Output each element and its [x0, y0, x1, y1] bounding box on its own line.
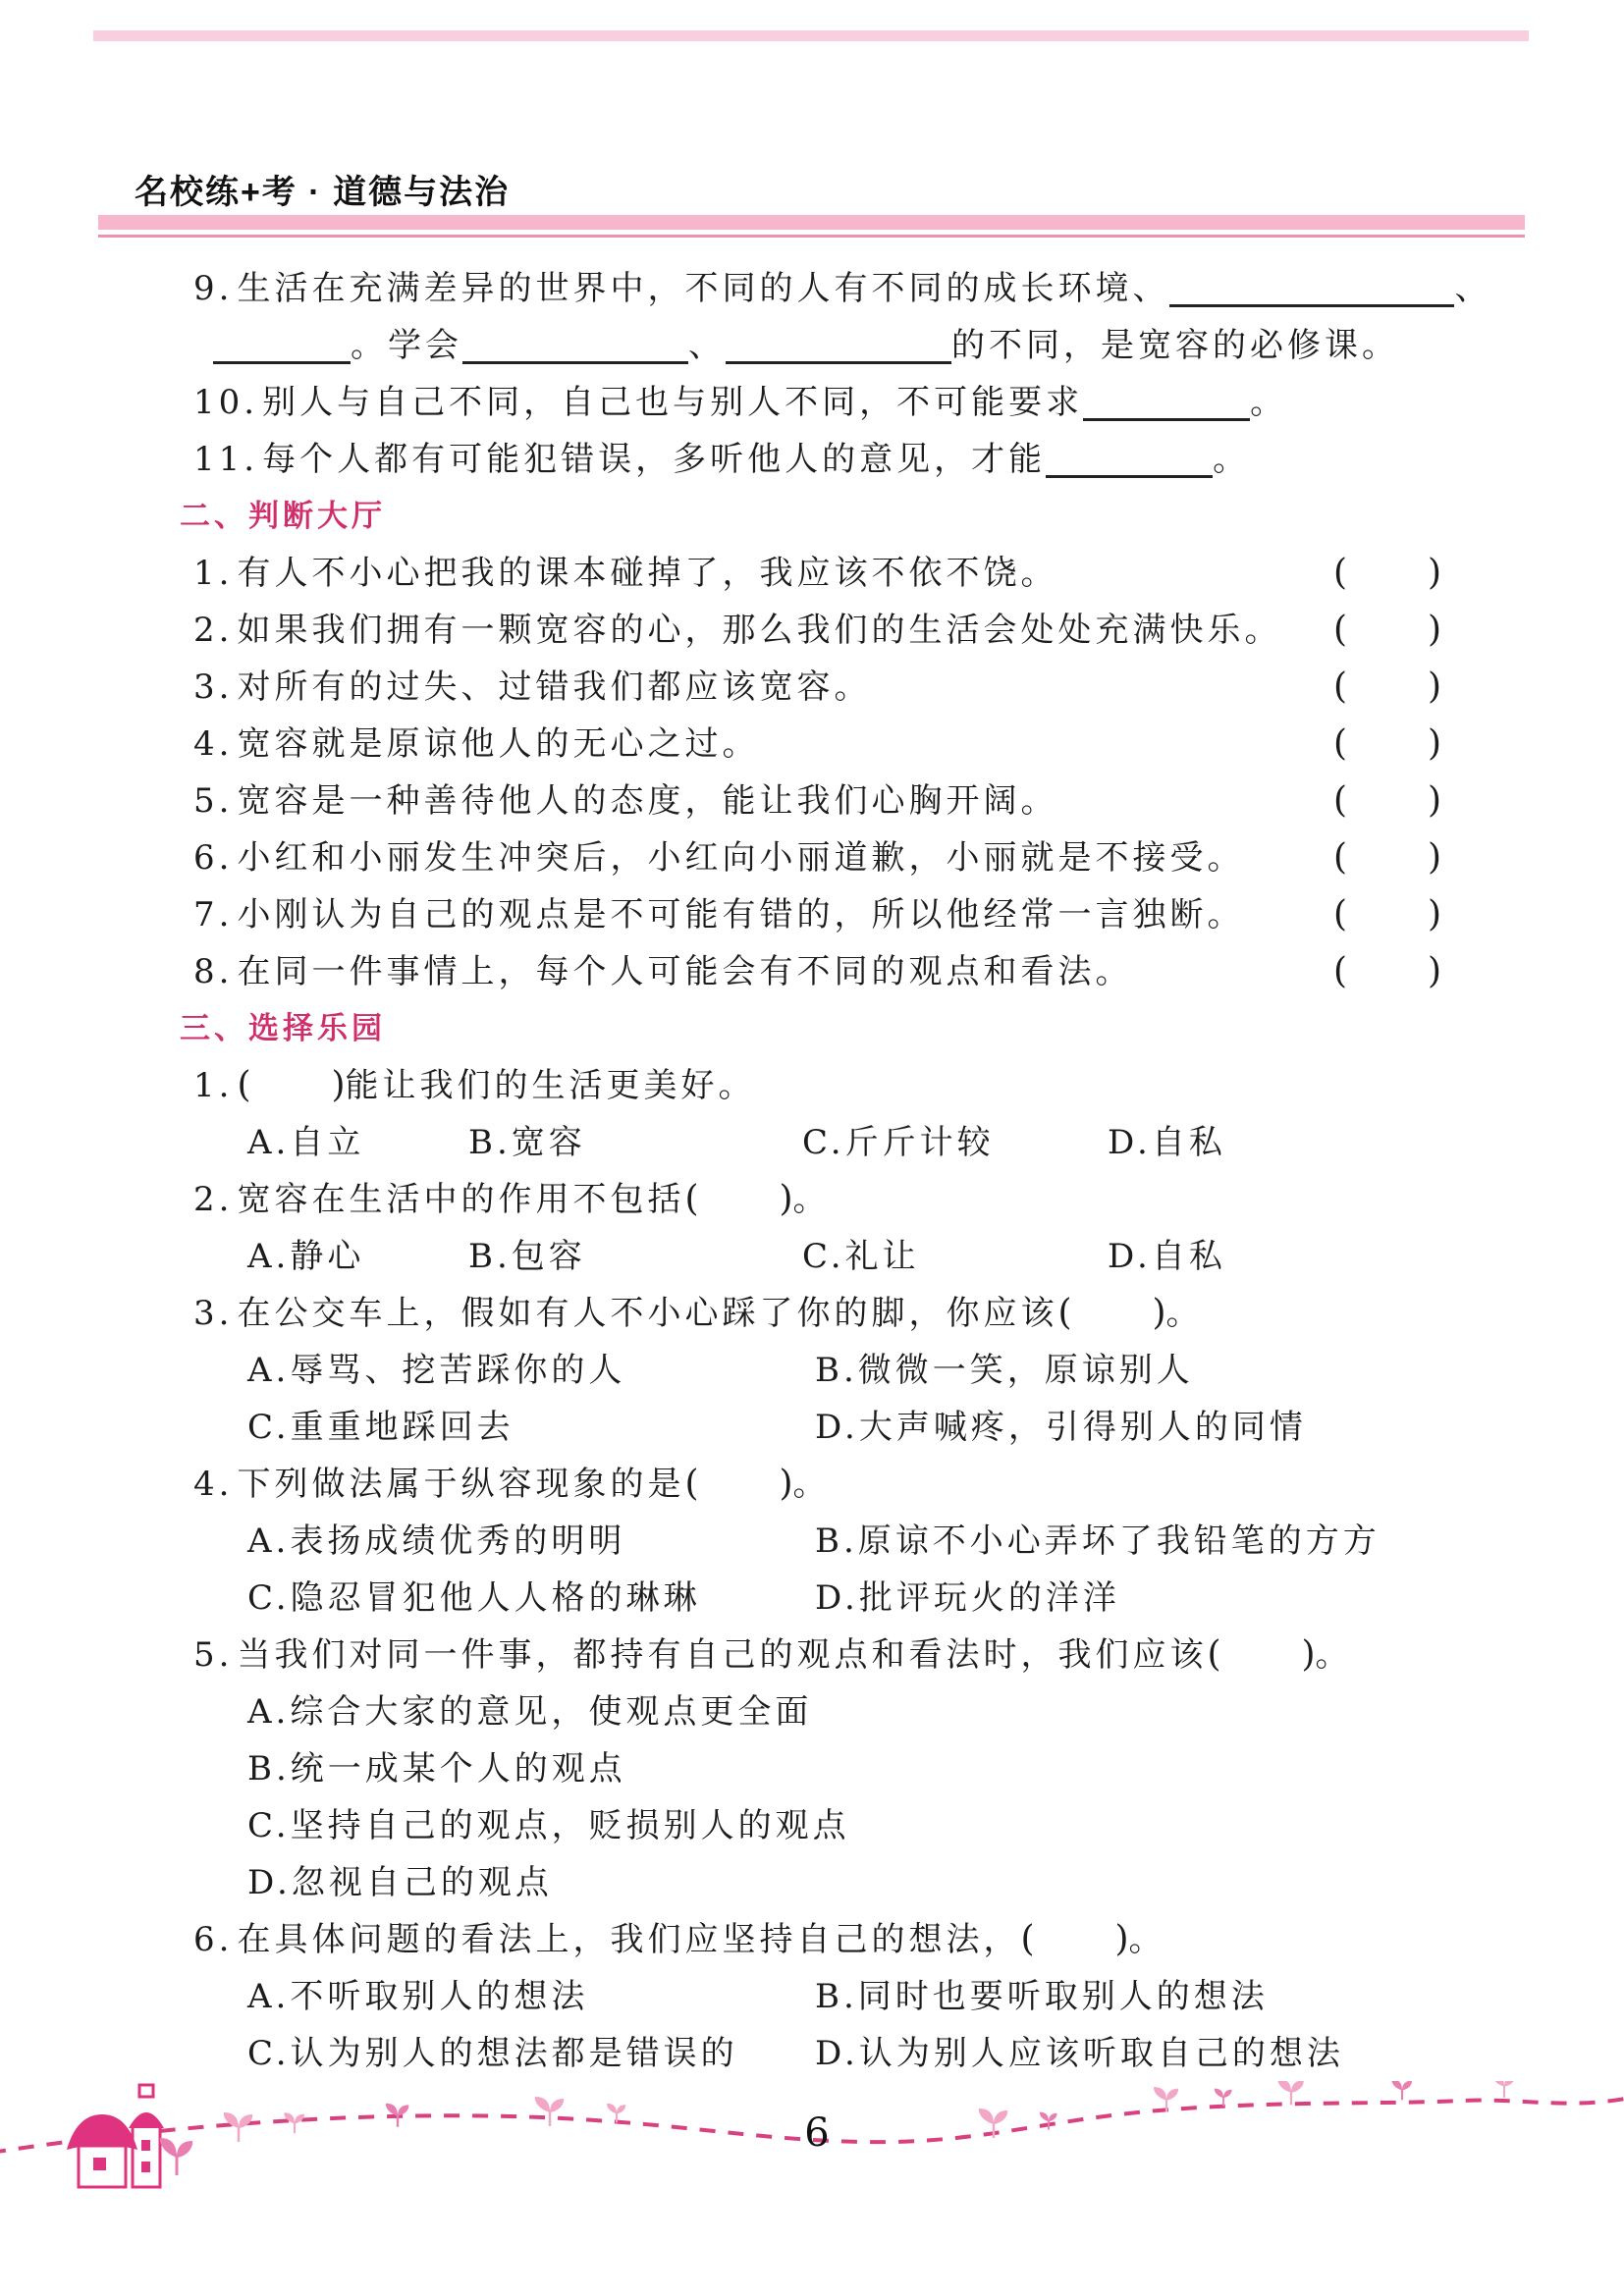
answer-blank — [1046, 475, 1213, 478]
answer-parentheses: () — [1333, 829, 1441, 886]
option-a: A.不听取别人的想法 — [247, 1968, 588, 2025]
option-c: C.斤斤计较 — [802, 1114, 995, 1171]
question-text: 有人不小心把我的课本碰掉了，我应该不依不饶。 — [237, 554, 1057, 593]
option-a: A.表扬成绩优秀的明明 — [247, 1513, 625, 1570]
sprout-icon — [979, 2109, 1007, 2138]
question-text: 下列做法属于纵容现象的是 — [237, 1465, 684, 1504]
answer-parentheses: () — [1333, 659, 1441, 716]
workbook-page: 名校练+考 · 道德与法治 9.生活在充满差异的世界中，不同的人有不同的成长环境… — [0, 0, 1624, 2296]
question-text: 小红和小丽发生冲突后，小红向小丽道歉，小丽就是不接受。 — [237, 838, 1244, 878]
option-a: A.辱骂、挖苦踩你的人 — [247, 1342, 625, 1399]
question-number: 6. — [193, 838, 233, 878]
question-number: 4. — [193, 724, 233, 764]
answer-blank — [726, 361, 951, 364]
sprout-icon — [535, 2097, 564, 2126]
option-a: A.静心 — [247, 1228, 364, 1285]
question-number: 9. — [193, 269, 233, 308]
option-a: A.自立 — [247, 1114, 364, 1171]
question-text: 、 — [1454, 269, 1491, 308]
question-number: 11. — [193, 440, 258, 479]
exercise-content: 9.生活在充满差异的世界中，不同的人有不同的成长环境、、 。学会、的不同，是宽容… — [0, 260, 1624, 2082]
choice-q1-stem: 1.()能让我们的生活更美好。 — [0, 1057, 1624, 1114]
sprout-icon — [1391, 2081, 1412, 2100]
choice-q4-options-row2: C.隐忍冒犯他人人格的琳琳 D.批评玩火的洋洋 — [0, 1570, 1624, 1627]
section-heading-judge: 二、判断大厅 — [0, 488, 1624, 545]
question-number: 5. — [193, 781, 233, 821]
answer-parentheses: () — [1057, 1293, 1165, 1333]
header-pink-bar — [98, 215, 1525, 230]
choice-q1-options: A.自立 B.宽容 C.斤斤计较 D.自私 — [0, 1114, 1624, 1171]
answer-parentheses: () — [1333, 773, 1441, 829]
question-number: 2. — [193, 1180, 233, 1219]
question-text: 。 — [793, 1180, 831, 1219]
question-text: 。 — [793, 1465, 831, 1504]
question-number: 3. — [193, 667, 233, 707]
question-number: 2. — [193, 611, 233, 650]
question-text: 每个人都有可能犯错误，多听他人的意见，才能 — [262, 440, 1046, 479]
answer-blank — [213, 361, 351, 364]
house-icon — [67, 2085, 192, 2187]
question-text: 宽容在生活中的作用不包括 — [237, 1180, 684, 1219]
option-d: D.自私 — [1108, 1114, 1226, 1171]
fillin-q10: 10.别人与自己不同，自己也与别人不同，不可能要求。 — [0, 374, 1624, 431]
option-a: A.综合大家的意见，使观点更全面 — [247, 1683, 812, 1740]
choice-q5-option-b: B.统一成某个人的观点 — [0, 1740, 1624, 1797]
question-text: 在具体问题的看法上，我们应坚持自己的想法， — [237, 1920, 1020, 1959]
answer-parentheses: () — [1333, 943, 1441, 1000]
answer-parentheses: () — [684, 1464, 792, 1504]
option-c: C.坚持自己的观点，贬损别人的观点 — [247, 1797, 850, 1854]
choice-q3-stem: 3.在公交车上，假如有人不小心踩了你的脚，你应该()。 — [0, 1285, 1624, 1342]
choice-q5-option-d: D.忽视自己的观点 — [0, 1854, 1624, 1911]
section-heading-choice: 三、选择乐园 — [0, 1000, 1624, 1057]
judge-row-7: 7.小刚认为自己的观点是不可能有错的，所以他经常一言独断。 () — [0, 886, 1624, 943]
option-d: D.认为别人应该听取自己的想法 — [815, 2025, 1344, 2082]
header-pink-line — [98, 235, 1525, 238]
option-b: B.统一成某个人的观点 — [247, 1740, 626, 1797]
option-b: B.原谅不小心弄坏了我铅笔的方方 — [815, 1513, 1380, 1570]
question-text: 。 — [1213, 440, 1250, 479]
question-text: 。 — [1316, 1635, 1353, 1675]
choice-q6-options-row1: A.不听取别人的想法 B.同时也要听取别人的想法 — [0, 1968, 1624, 2025]
choice-q2-stem: 2.宽容在生活中的作用不包括()。 — [0, 1171, 1624, 1228]
question-text: 在公交车上，假如有人不小心踩了你的脚，你应该 — [237, 1294, 1057, 1333]
question-text: 生活在充满差异的世界中，不同的人有不同的成长环境、 — [237, 269, 1169, 308]
answer-parentheses: () — [1333, 716, 1441, 773]
option-d: D.忽视自己的观点 — [247, 1854, 553, 1911]
option-c: C.重重地踩回去 — [247, 1399, 514, 1456]
answer-parentheses: () — [1020, 1919, 1128, 1959]
question-text: 、 — [688, 326, 726, 365]
choice-q4-stem: 4.下列做法属于纵容现象的是()。 — [0, 1456, 1624, 1513]
option-c: C.礼让 — [802, 1228, 920, 1285]
judge-row-3: 3.对所有的过失、过错我们都应该宽容。 () — [0, 659, 1624, 716]
question-number: 1. — [193, 554, 233, 593]
fillin-q9-line1: 9.生活在充满差异的世界中，不同的人有不同的成长环境、、 — [0, 260, 1624, 317]
question-text: 的不同，是宽容的必修课。 — [951, 326, 1399, 365]
question-text: 小刚认为自己的观点是不可能有错的，所以他经常一言独断。 — [237, 895, 1244, 934]
choice-q5-option-c: C.坚持自己的观点，贬损别人的观点 — [0, 1797, 1624, 1854]
question-text: 。 — [1250, 383, 1287, 422]
page-title: 名校练+考 · 道德与法治 — [135, 165, 510, 213]
page-number: 6 — [797, 2110, 837, 2156]
choice-q3-options-row2: C.重重地踩回去 D.大声喊疼，引得别人的同情 — [0, 1399, 1624, 1456]
question-text: 。 — [1129, 1920, 1166, 1959]
question-text: 。 — [1166, 1294, 1204, 1333]
judge-row-4: 4.宽容就是原谅他人的无心之过。 () — [0, 716, 1624, 773]
option-c: C.认为别人的想法都是错误的 — [247, 2025, 738, 2082]
fillin-q9-line2: 。学会、的不同，是宽容的必修课。 — [0, 317, 1624, 374]
sprout-icon — [1492, 2081, 1516, 2098]
option-d: D.自私 — [1108, 1228, 1226, 1285]
judge-row-2: 2.如果我们拥有一颗宽容的心，那么我们的生活会处处充满快乐。 () — [0, 602, 1624, 659]
choice-q5-option-a: A.综合大家的意见，使观点更全面 — [0, 1683, 1624, 1740]
answer-parentheses: () — [684, 1179, 792, 1219]
judge-row-6: 6.小红和小丽发生冲突后，小红向小丽道歉，小丽就是不接受。 () — [0, 829, 1624, 886]
sprout-icon — [1277, 2081, 1303, 2105]
option-b: B.同时也要听取别人的想法 — [815, 1968, 1269, 2025]
option-d: D.大声喊疼，引得别人的同情 — [815, 1399, 1307, 1456]
choice-q6-options-row2: C.认为别人的想法都是错误的 D.认为别人应该听取自己的想法 — [0, 2025, 1624, 2082]
option-b: B.宽容 — [468, 1114, 586, 1171]
choice-q5-stem: 5.当我们对同一件事，都持有自己的观点和看法时，我们应该()。 — [0, 1627, 1624, 1683]
sprout-icon — [284, 2112, 304, 2133]
choice-q2-options: A.静心 B.包容 C.礼让 D.自私 — [0, 1228, 1624, 1285]
question-text: 宽容就是原谅他人的无心之过。 — [237, 724, 759, 764]
judge-row-1: 1.有人不小心把我的课本碰掉了，我应该不依不饶。 () — [0, 545, 1624, 602]
question-number: 6. — [193, 1920, 233, 1959]
judge-row-8: 8.在同一件事情上，每个人可能会有不同的观点和看法。 () — [0, 943, 1624, 1000]
choice-q4-options-row1: A.表扬成绩优秀的明明 B.原谅不小心弄坏了我铅笔的方方 — [0, 1513, 1624, 1570]
sprout-icon — [224, 2112, 252, 2142]
option-d: D.批评玩火的洋洋 — [815, 1570, 1120, 1627]
question-text: 对所有的过失、过错我们都应该宽容。 — [237, 667, 871, 707]
answer-blank — [462, 361, 688, 364]
answer-parentheses: () — [237, 1065, 345, 1105]
question-text: 在同一件事情上，每个人可能会有不同的观点和看法。 — [237, 952, 1132, 991]
question-text: 。学会 — [351, 326, 462, 365]
top-pink-strip — [93, 30, 1529, 41]
question-number: 5. — [193, 1635, 233, 1675]
sprout-icon — [1154, 2087, 1178, 2112]
answer-blank — [1083, 418, 1250, 421]
answer-parentheses: () — [1333, 545, 1441, 602]
option-c: C.隐忍冒犯他人人格的琳琳 — [247, 1570, 701, 1627]
question-text: 别人与自己不同，自己也与别人不同，不可能要求 — [262, 383, 1083, 422]
question-number: 4. — [193, 1465, 233, 1504]
answer-parentheses: () — [1207, 1634, 1315, 1675]
option-b: B.包容 — [468, 1228, 586, 1285]
fillin-q11: 11.每个人都有可能犯错误，多听他人的意见，才能。 — [0, 431, 1624, 488]
answer-parentheses: () — [1333, 886, 1441, 943]
question-text: 宽容是一种善待他人的态度，能让我们心胸开阔。 — [237, 781, 1057, 821]
question-text: 如果我们拥有一颗宽容的心，那么我们的生活会处处充满快乐。 — [237, 611, 1281, 650]
question-number: 3. — [193, 1294, 233, 1333]
sprout-icon — [1215, 2089, 1232, 2107]
question-number: 10. — [193, 383, 258, 422]
question-number: 7. — [193, 895, 233, 934]
judge-row-5: 5.宽容是一种善待他人的态度，能让我们心胸开阔。 () — [0, 773, 1624, 829]
choice-q6-stem: 6.在具体问题的看法上，我们应坚持自己的想法，()。 — [0, 1911, 1624, 1968]
question-number: 8. — [193, 952, 233, 991]
question-text: 能让我们的生活更美好。 — [346, 1066, 756, 1105]
question-text: 当我们对同一件事，都持有自己的观点和看法时，我们应该 — [237, 1635, 1207, 1675]
answer-parentheses: () — [1333, 602, 1441, 659]
question-number: 1. — [193, 1066, 233, 1105]
option-b: B.微微一笑，原谅别人 — [815, 1342, 1194, 1399]
sprout-icon — [607, 2104, 625, 2123]
answer-blank — [1169, 304, 1454, 307]
choice-q3-options-row1: A.辱骂、挖苦踩你的人 B.微微一笑，原谅别人 — [0, 1342, 1624, 1399]
